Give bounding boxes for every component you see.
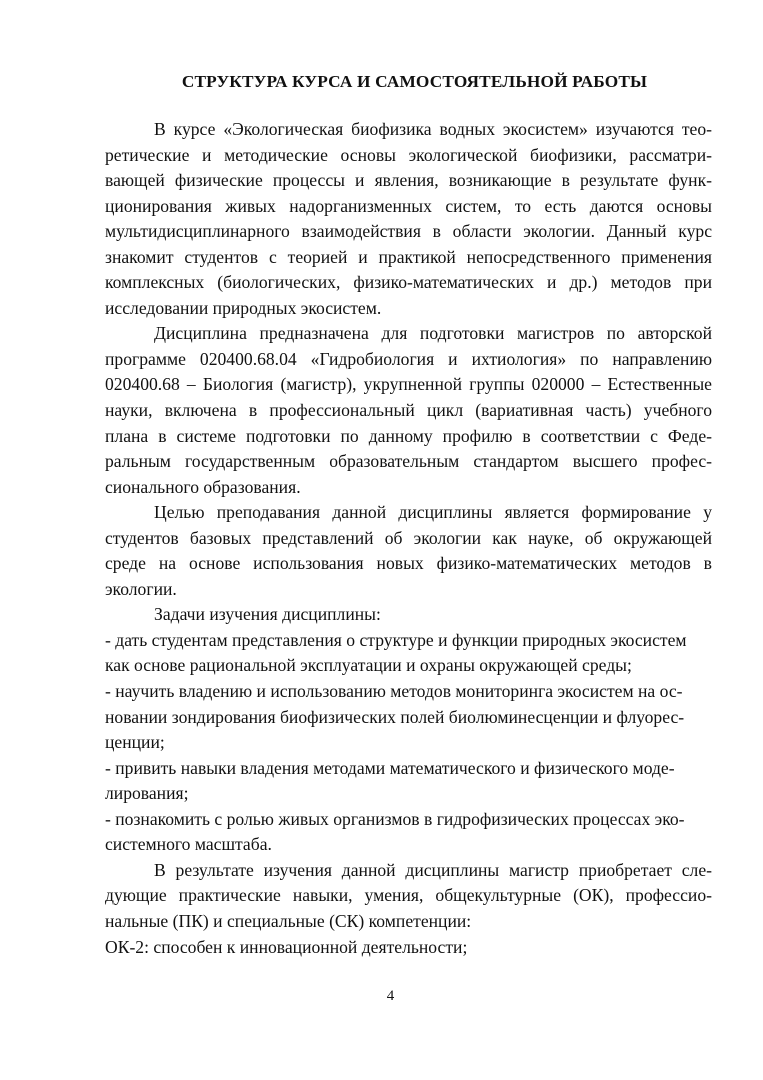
text-line: сионального образования.: [105, 475, 712, 501]
paragraph-result: В результате изучения данной дисциплины …: [105, 858, 712, 960]
task-item: - привить навыки владения методами матем…: [105, 756, 712, 782]
text-line: комплексных (биологических, физико-матем…: [105, 270, 712, 296]
text-line: экологии.: [105, 577, 712, 603]
tasks-heading: Задачи изучения дисциплины:: [105, 602, 712, 628]
task-item-continued: лирования;: [105, 781, 712, 807]
text-line: ральным государственным образовательным …: [105, 449, 712, 475]
text-line: студентов базовых представлений об эколо…: [105, 526, 712, 552]
task-item: - дать студентам представления о структу…: [105, 628, 712, 654]
task-item-continued: системного масштаба.: [105, 832, 712, 858]
text-line: ретические и методические основы экологи…: [105, 143, 712, 169]
task-item-continued: ценции;: [105, 730, 712, 756]
text-line: дующие практические навыки, умения, обще…: [105, 883, 712, 909]
text-line: 020400.68 – Биология (магистр), укрупнен…: [105, 372, 712, 398]
text-line: среде на основе использования новых физи…: [105, 551, 712, 577]
page-title: СТРУКТУРА КУРСА И САМОСТОЯТЕЛЬНОЙ РАБОТЫ: [0, 70, 763, 94]
paragraph-discipline: Дисциплина предназначена для подготовки …: [105, 321, 712, 500]
text-line: В результате изучения данной дисциплины …: [105, 858, 712, 884]
text-line: вающей физические процессы и явления, во…: [105, 168, 712, 194]
paragraph-tasks: Задачи изучения дисциплины: - дать студе…: [105, 602, 712, 857]
task-item-continued: новании зондирования биофизических полей…: [105, 705, 712, 731]
text-line: ционирования живых надорганизменных сист…: [105, 194, 712, 220]
paragraph-goal: Целью преподавания данной дисциплины явл…: [105, 500, 712, 602]
text-line: Целью преподавания данной дисциплины явл…: [105, 500, 712, 526]
competency-item: ОК-2: способен к инновационной деятельно…: [105, 935, 712, 961]
text-line: мультидисциплинарного взаимодействия в о…: [105, 219, 712, 245]
text-line: исследовании природных экосистем.: [105, 296, 712, 322]
text-line: нальные (ПК) и специальные (СК) компетен…: [105, 909, 712, 935]
task-item-continued: как основе рациональной эксплуатации и о…: [105, 653, 712, 679]
text-line: В курсе «Экологическая биофизика водных …: [105, 117, 712, 143]
document-page: СТРУКТУРА КУРСА И САМОСТОЯТЕЛЬНОЙ РАБОТЫ…: [0, 0, 763, 1080]
text-line: знакомит студентов с теорией и практикой…: [105, 245, 712, 271]
text-line: программе 020400.68.04 «Гидробиология и …: [105, 347, 712, 373]
paragraph-intro: В курсе «Экологическая биофизика водных …: [105, 117, 712, 321]
text-line: науки, включена в профессиональный цикл …: [105, 398, 712, 424]
page-number: 4: [0, 988, 763, 1005]
text-line: плана в системе подготовки по данному пр…: [105, 424, 712, 450]
task-item: - познакомить с ролью живых организмов в…: [105, 807, 712, 833]
task-item: - научить владению и использованию метод…: [105, 679, 712, 705]
body-text: В курсе «Экологическая биофизика водных …: [105, 117, 712, 960]
text-line: Дисциплина предназначена для подготовки …: [105, 321, 712, 347]
